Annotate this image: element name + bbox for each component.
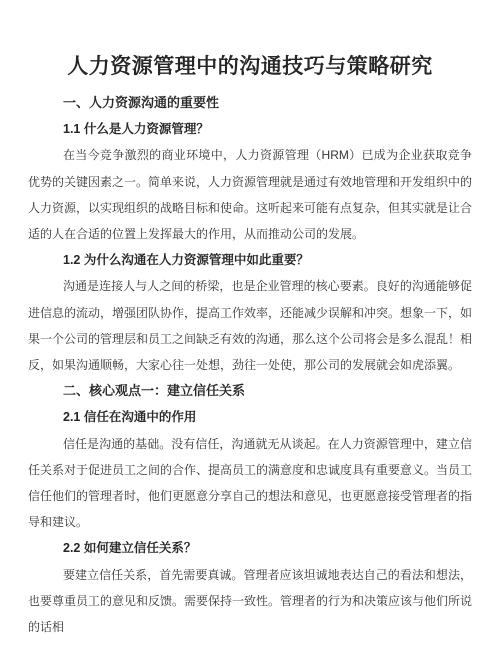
section-2-1-paragraph: 信任是沟通的基础。没有信任，沟通就无从谈起。在人力资源管理中，建立信任关系对于促… xyxy=(28,431,472,536)
section-2-2-heading: 2.2 如何建立信任关系？ xyxy=(28,535,472,561)
section-2-2-paragraph: 要建立信任关系，首先需要真诚。管理者应该坦诚地表达自己的看法和想法，也要尊重员工… xyxy=(28,562,472,641)
section-1-1-heading: 1.1 什么是人力资源管理？ xyxy=(28,116,472,142)
section-1-1-paragraph: 在当今竞争激烈的商业环境中，人力资源管理（HRM）已成为企业获取竞争优势的关键因… xyxy=(28,142,472,247)
section-1-2-paragraph: 沟通是连接人与人之间的桥梁，也是企业管理的核心要素。良好的沟通能够促进信息的流动… xyxy=(28,273,472,378)
section-1-heading: 一、人力资源沟通的重要性 xyxy=(28,90,472,116)
section-1-2-heading: 1.2 为什么沟通在人力资源管理中如此重要？ xyxy=(28,247,472,273)
section-2-heading: 二、核心观点一：建立信任关系 xyxy=(28,378,472,404)
document-page: 人力资源管理中的沟通技巧与策略研究 一、人力资源沟通的重要性 1.1 什么是人力… xyxy=(0,0,500,647)
document-title: 人力资源管理中的沟通技巧与策略研究 xyxy=(28,50,472,84)
section-2-1-heading: 2.1 信任在沟通中的作用 xyxy=(28,404,472,430)
